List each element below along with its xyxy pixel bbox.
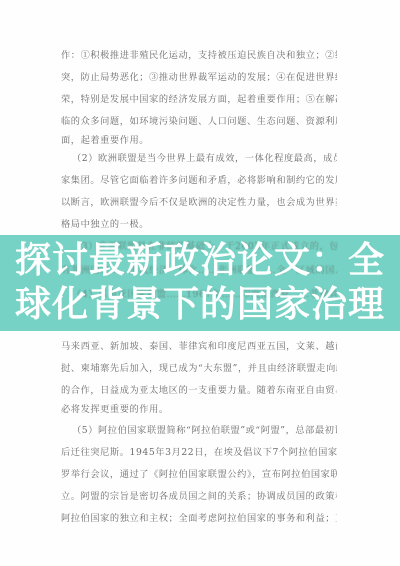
title-banner: （3）非洲联盟是在非统的基础上，于2002年正式成立的，包括了所 有非洲国家……… [0, 235, 400, 331]
document-line: 后迁往突尼斯。1945年3月22日，在埃及倡议下7个阿拉伯国家的代表在开 [61, 447, 337, 459]
document-line: 荣，特别是发展中国家的经济发展方面，起着重要作用；⑤在解决人类共同面 [61, 94, 337, 106]
document-line: 马来西亚、新加坡、泰国、菲律宾和印度尼西亚五国，文莱、越南、缅甸、老 [61, 341, 337, 353]
document-line: 格局中独立的一极。 [61, 219, 337, 231]
document-line: 面，起着重要作用。 [61, 135, 337, 147]
document-line: 突，防止局势恶化；③推动世界裁军运动的发展；④在促进世界经济繁 [61, 72, 337, 84]
document-line: （5）阿拉伯国家联盟简称“阿拉伯联盟”或“阿盟”，总部最初设在开罗， [72, 425, 337, 437]
document-line: 临的众多问题，如环境污染问题、人口问题、生态问题、资源利用问题等等方 [61, 116, 337, 128]
document-line: 的合作，日益成为亚太地区的一支重要力量。随着东南亚自由贸易区的建立， [61, 385, 337, 397]
document-line: 作：①积极推进非殖民化运动，支持被压迫民族自决和独立；②缓解国际冲 [61, 50, 337, 62]
document-line: 必将发挥更重要的作用。 [61, 404, 337, 416]
document-line: 罗举行会议，通过了《阿拉伯国家联盟公约》，宣布阿拉伯国家联盟正式成 [61, 469, 337, 481]
document-line: 挝、柬埔寨先后加入，现已成为“大东盟”，并且由经济联盟走向政治、外交 [61, 363, 337, 375]
document-line: 家集团。尽管它面临着许多问题和矛盾，必将影响和制约它的发展，但我们可 [61, 175, 337, 187]
document-line: 立。阿盟的宗旨是密切各成员国之间的关系；协调成员国的政策和活动；捍卫 [61, 491, 337, 503]
document-line: 以断言，欧洲联盟今后不仅是欧洲的决定性力量，也会成为世界舞台上和多极 [61, 197, 337, 209]
banner-title-line-1: 探讨最新政治论文：全 [0, 240, 400, 282]
banner-title-line-2: 球化背景下的国家治理 [0, 284, 400, 326]
document-line: （2）欧洲联盟是当今世界上最有成效，一体化程度最高，成员迅速扩大的国 [72, 153, 337, 165]
document-line: 阿拉伯国家的独立和主权；全面考虑阿拉伯国家的事务和利益；互相尊重其国 [61, 513, 337, 525]
